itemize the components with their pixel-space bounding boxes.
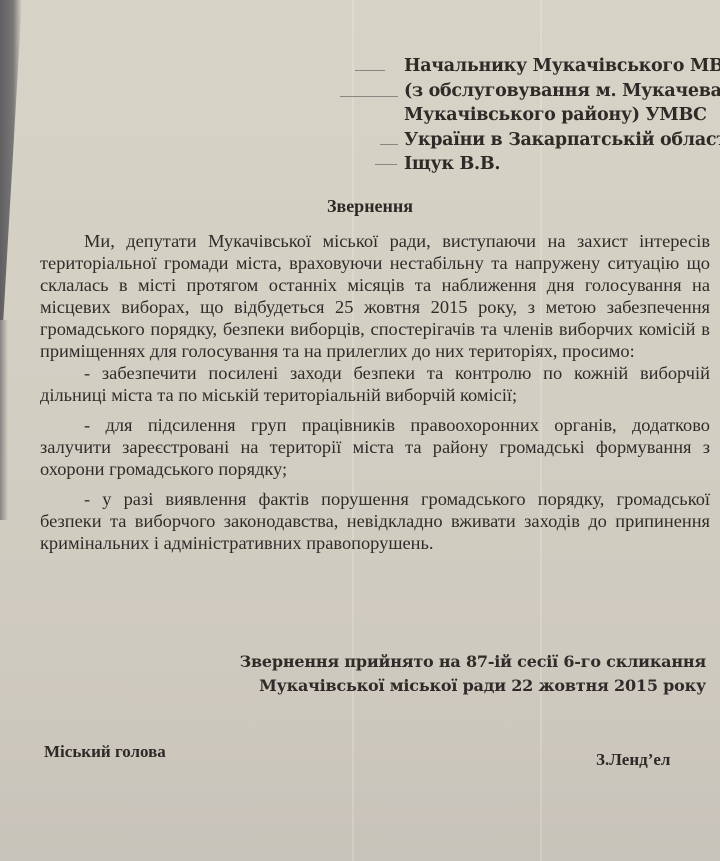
signatory-name: З.Ленд’ел	[596, 750, 670, 770]
addressee-line: Начальнику Мукачівського МВ	[404, 54, 720, 79]
adoption-note: Звернення прийнято на 87-ій сесії 6-го с…	[240, 650, 706, 698]
request-item: - для підсилення груп працівників правоо…	[40, 414, 710, 480]
document-body: Ми, депутати Мукачівської міської ради, …	[40, 230, 710, 554]
request-item: - забезпечити посилені заходи безпеки та…	[40, 362, 710, 406]
document-title: Звернення	[0, 196, 720, 217]
faint-mark	[340, 96, 398, 97]
addressee-line: України в Закарпатській області	[404, 128, 720, 153]
signatory-position: Міський голова	[44, 742, 166, 762]
faint-mark	[355, 70, 385, 71]
addressee-line: (з обслуговування м. Мукачева та	[404, 79, 720, 104]
document-page: Начальнику Мукачівського МВ (з обслугову…	[0, 0, 720, 861]
intro-paragraph: Ми, депутати Мукачівської міської ради, …	[40, 230, 710, 362]
faint-mark	[375, 164, 397, 165]
addressee-block: Начальнику Мукачівського МВ (з обслугову…	[404, 54, 720, 177]
adoption-line: Звернення прийнято на 87-ій сесії 6-го с…	[240, 650, 706, 674]
request-item: - у разі виявлення фактів порушення гром…	[40, 488, 710, 554]
addressee-line: Мукачівського району) УМВС	[404, 103, 720, 128]
page-edge-shadow	[0, 320, 8, 520]
page-edge-shadow	[0, 0, 22, 320]
faint-mark	[380, 144, 398, 145]
addressee-line: Іщук В.В.	[404, 152, 720, 177]
adoption-line: Мукачівської міської ради 22 жовтня 2015…	[240, 674, 706, 698]
